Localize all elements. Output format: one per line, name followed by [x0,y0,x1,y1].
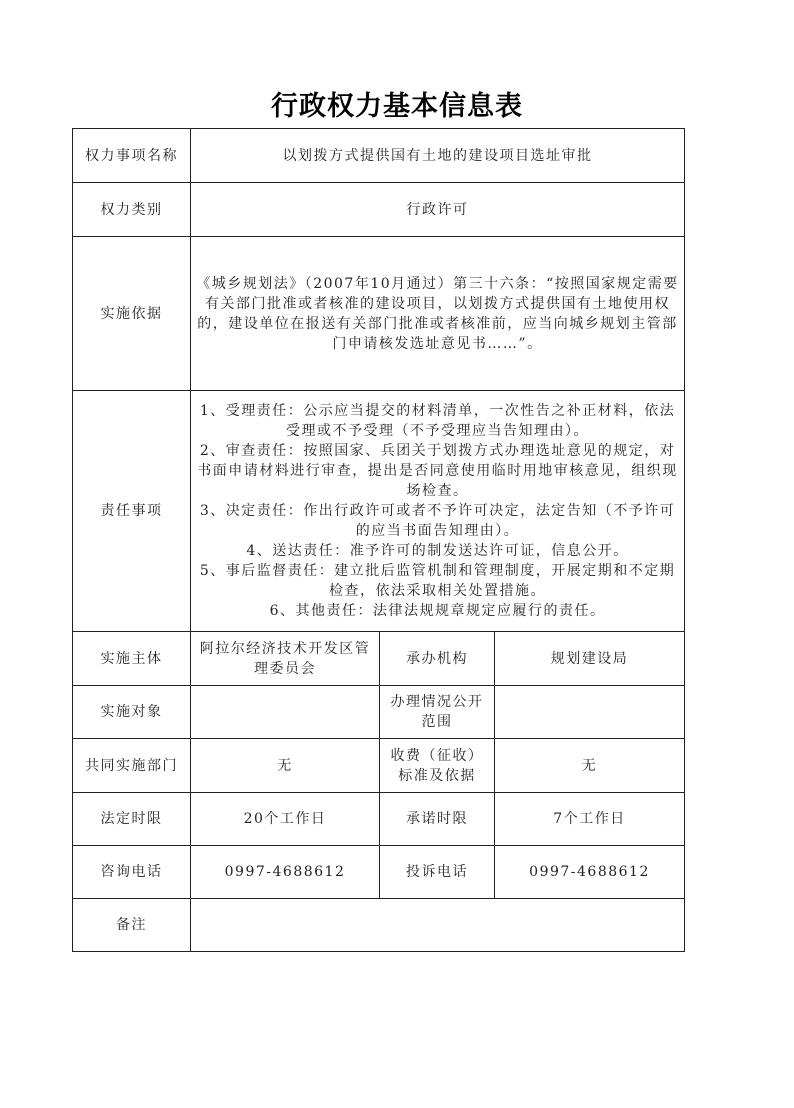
power-category-label: 权力类别 [73,183,191,237]
subject-value: 阿拉尔经济技术开发区管理委员会 [191,632,380,686]
promised-time-limit-label: 承诺时限 [380,793,495,846]
handling-agency-value: 规划建设局 [495,632,685,686]
row-time-limit: 法定时限 20个工作日 承诺时限 7个工作日 [73,793,685,846]
duty-item: 4、送达责任：准予许可的制发送达许可证，信息公开。 [194,541,681,561]
row-power-name: 权力事项名称 以划拨方式提供国有土地的建设项目选址审批 [73,129,685,183]
remark-value [191,899,685,952]
row-duties: 责任事项 1、受理责任：公示应当提交的材料清单，一次性告之补正材料，依法受理或不… [73,391,685,632]
handling-agency-label: 承办机构 [380,632,495,686]
duties-list: 1、受理责任：公示应当提交的材料清单，一次性告之补正材料，依法受理或不予受理（不… [191,391,685,632]
subject-label: 实施主体 [73,632,191,686]
row-joint: 共同实施部门 无 收费（征收）标准及依据 无 [73,739,685,793]
duty-item: 5、事后监督责任：建立批后监管机制和管理制度，开展定期和不定期检查，依法采取相关… [194,561,681,601]
power-category-value: 行政许可 [191,183,685,237]
basis-value: 《城乡规划法》（2007年10月通过）第三十六条：“按照国家规定需要有关部门批准… [191,237,685,391]
row-basis: 实施依据 《城乡规划法》（2007年10月通过）第三十六条：“按照国家规定需要有… [73,237,685,391]
promised-time-limit-value: 7个工作日 [495,793,685,846]
row-phone: 咨询电话 0997-4688612 投诉电话 0997-4688612 [73,846,685,899]
info-table: 权力事项名称 以划拨方式提供国有土地的建设项目选址审批 权力类别 行政许可 实施… [72,128,685,952]
consult-phone-value: 0997-4688612 [191,846,380,899]
page-title: 行政权力基本信息表 [0,84,794,123]
duties-label: 责任事项 [73,391,191,632]
joint-dept-value: 无 [191,739,380,793]
target-label: 实施对象 [73,686,191,739]
legal-time-limit-value: 20个工作日 [191,793,380,846]
row-remark: 备注 [73,899,685,952]
row-target: 实施对象 办理情况公开范围 [73,686,685,739]
legal-time-limit-label: 法定时限 [73,793,191,846]
disclosure-scope-label: 办理情况公开范围 [380,686,495,739]
duty-item: 1、受理责任：公示应当提交的材料清单，一次性告之补正材料，依法受理或不予受理（不… [194,401,681,441]
disclosure-scope-value [495,686,685,739]
row-power-category: 权力类别 行政许可 [73,183,685,237]
fee-value: 无 [495,739,685,793]
row-subject: 实施主体 阿拉尔经济技术开发区管理委员会 承办机构 规划建设局 [73,632,685,686]
basis-label: 实施依据 [73,237,191,391]
joint-dept-label: 共同实施部门 [73,739,191,793]
power-name-label: 权力事项名称 [73,129,191,183]
duty-item: 6、其他责任：法律法规规章规定应履行的责任。 [194,601,681,621]
complaint-phone-value: 0997-4688612 [495,846,685,899]
remark-label: 备注 [73,899,191,952]
duty-item: 3、决定责任：作出行政许可或者不予许可决定，法定告知（不予许可的应当书面告知理由… [194,501,681,541]
duty-item: 2、审查责任：按照国家、兵团关于划拨方式办理选址意见的规定，对书面申请材料进行审… [194,441,681,501]
target-value [191,686,380,739]
power-name-value: 以划拨方式提供国有土地的建设项目选址审批 [191,129,685,183]
consult-phone-label: 咨询电话 [73,846,191,899]
fee-label: 收费（征收）标准及依据 [380,739,495,793]
complaint-phone-label: 投诉电话 [380,846,495,899]
